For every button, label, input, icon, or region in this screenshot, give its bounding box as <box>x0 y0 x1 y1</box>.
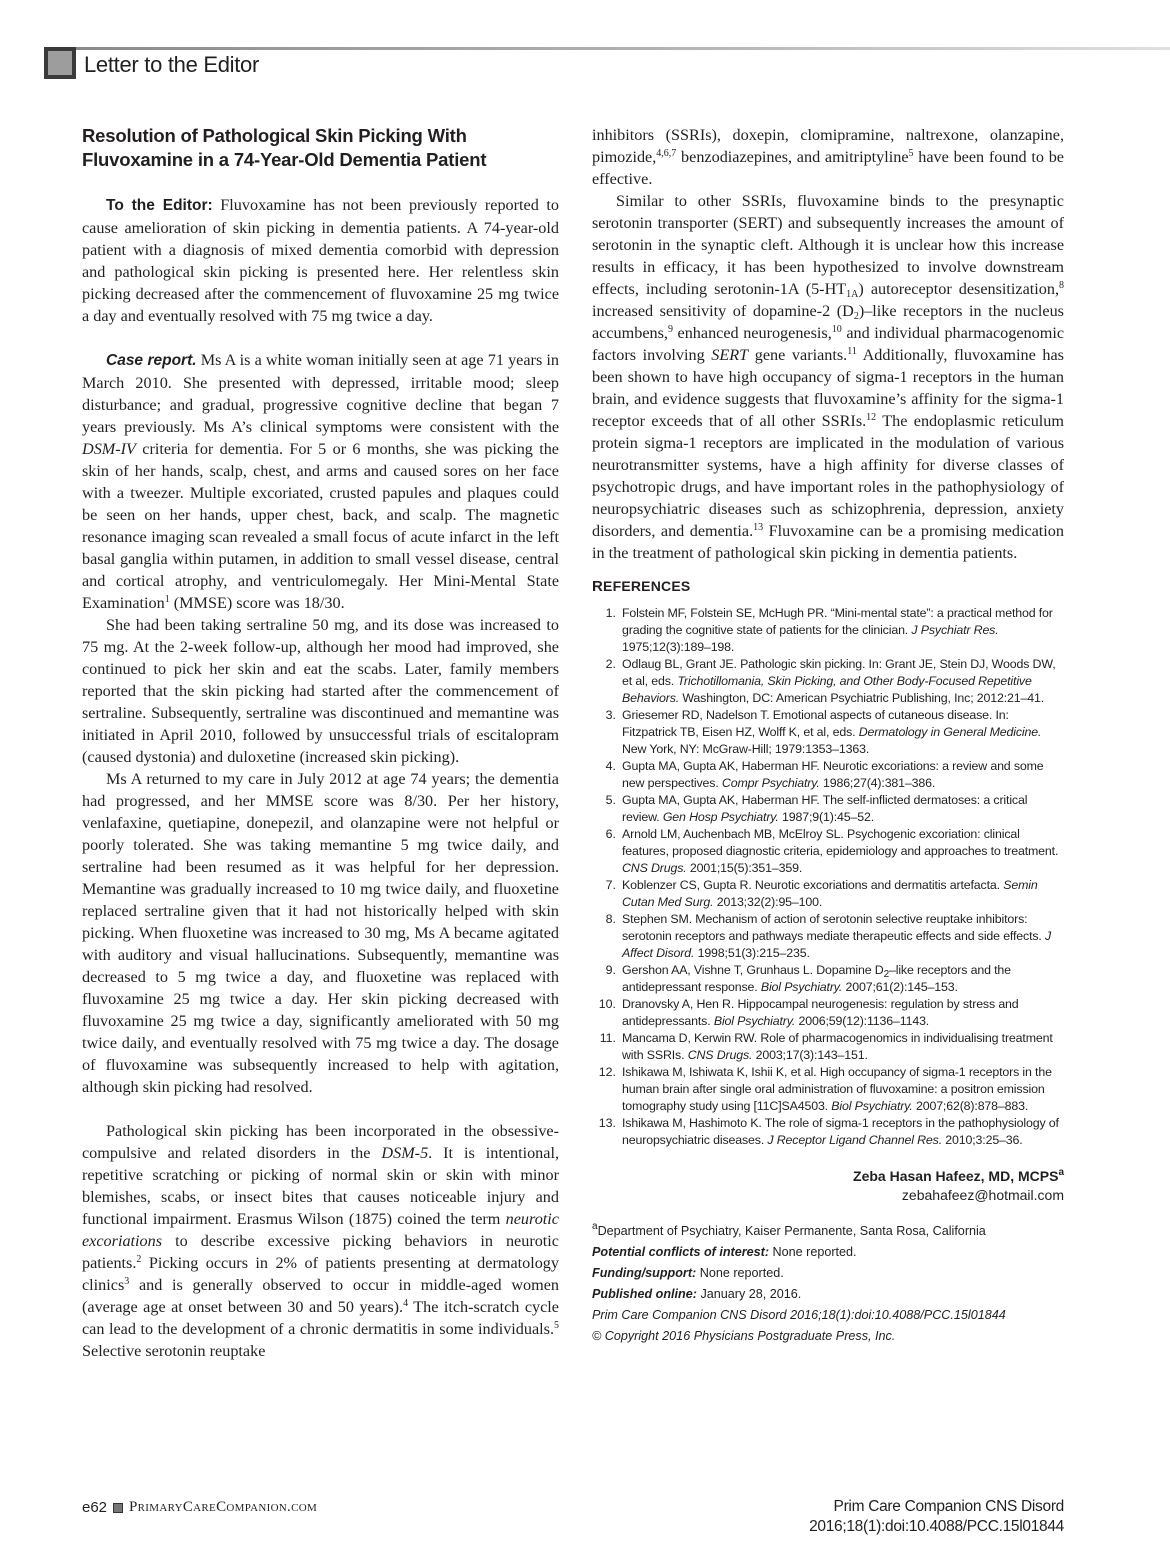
reference-item: 2.Odlaug BL, Grant JE. Pathologic skin p… <box>592 656 1064 707</box>
funding-note: Funding/support: None reported. <box>592 1263 1064 1284</box>
discussion-paragraph: Pathological skin picking has been incor… <box>82 1120 559 1362</box>
section-title: Letter to the Editor <box>84 52 259 78</box>
section-marker-icon <box>44 47 76 79</box>
author-email-link[interactable]: zebahafeez@hotmail.com <box>592 1186 1064 1205</box>
page-number: e62 <box>82 1499 107 1516</box>
published-note: Published online: January 28, 2016. <box>592 1284 1064 1305</box>
footer-journal-citation: Prim Care Companion CNS Disord 2016;18(1… <box>809 1497 1064 1537</box>
reference-item: 11.Mancama D, Kerwin RW. Role of pharmac… <box>592 1030 1064 1064</box>
reference-item: 12.Ishikawa M, Ishiwata K, Ishii K, et a… <box>592 1064 1064 1115</box>
continued-paragraph: inhibitors (SSRIs), doxepin, clomipramin… <box>592 124 1064 190</box>
citation-note: Prim Care Companion CNS Disord 2016;18(1… <box>592 1305 1064 1326</box>
article-title: Resolution of Pathological Skin Picking … <box>82 124 559 172</box>
left-column: Resolution of Pathological Skin Picking … <box>82 124 559 1362</box>
sertraline-paragraph: She had been taking sertraline 50 mg, an… <box>82 614 559 768</box>
footer-left: e62 PrimaryCareCompanion.com <box>82 1499 317 1516</box>
author-block: Zeba Hasan Hafeez, MD, MCPSa zebahafeez@… <box>592 1167 1064 1205</box>
copyright-note: © Copyright 2016 Physicians Postgraduate… <box>592 1326 1064 1347</box>
conflicts-note: Potential conflicts of interest: None re… <box>592 1242 1064 1263</box>
header-rule <box>76 47 1170 50</box>
article-notes: aDepartment of Psychiatry, Kaiser Perman… <box>592 1221 1064 1347</box>
case-report-lead: Case report. <box>106 352 197 369</box>
site-link[interactable]: PrimaryCareCompanion.com <box>129 1499 317 1516</box>
reference-item: 9.Gershon AA, Vishne T, Grunhaus L. Dopa… <box>592 962 1064 996</box>
case-report-paragraph: Case report. Ms A is a white woman initi… <box>82 349 559 614</box>
reference-item: 5.Gupta MA, Gupta AK, Haberman HF. The s… <box>592 792 1064 826</box>
reference-item: 4.Gupta MA, Gupta AK, Haberman HF. Neuro… <box>592 758 1064 792</box>
intro-paragraph: To the Editor: Fluvoxamine has not been … <box>82 194 559 327</box>
reference-item: 10.Dranovsky A, Hen R. Hippocampal neuro… <box>592 996 1064 1030</box>
affiliation-note: aDepartment of Psychiatry, Kaiser Perman… <box>592 1221 1064 1242</box>
mechanism-paragraph: Similar to other SSRIs, fluvoxamine bind… <box>592 190 1064 564</box>
reference-item: 1.Folstein MF, Folstein SE, McHugh PR. “… <box>592 605 1064 656</box>
reference-item: 13.Ishikawa M, Hashimoto K. The role of … <box>592 1115 1064 1149</box>
footer-square-icon <box>113 1503 123 1513</box>
right-column: inhibitors (SSRIs), doxepin, clomipramin… <box>592 124 1064 1347</box>
reference-item: 8.Stephen SM. Mechanism of action of ser… <box>592 911 1064 962</box>
intro-lead: To the Editor: <box>106 197 213 214</box>
return-paragraph: Ms A returned to my care in July 2012 at… <box>82 768 559 1098</box>
references-heading: REFERENCES <box>592 578 1064 595</box>
reference-item: 3.Griesemer RD, Nadelson T. Emotional as… <box>592 707 1064 758</box>
author-name: Zeba Hasan Hafeez, MD, MCPSa <box>592 1167 1064 1186</box>
references-list: 1.Folstein MF, Folstein SE, McHugh PR. “… <box>592 605 1064 1149</box>
reference-item: 6.Arnold LM, Auchenbach MB, McElroy SL. … <box>592 826 1064 877</box>
reference-item: 7.Koblenzer CS, Gupta R. Neurotic excori… <box>592 877 1064 911</box>
